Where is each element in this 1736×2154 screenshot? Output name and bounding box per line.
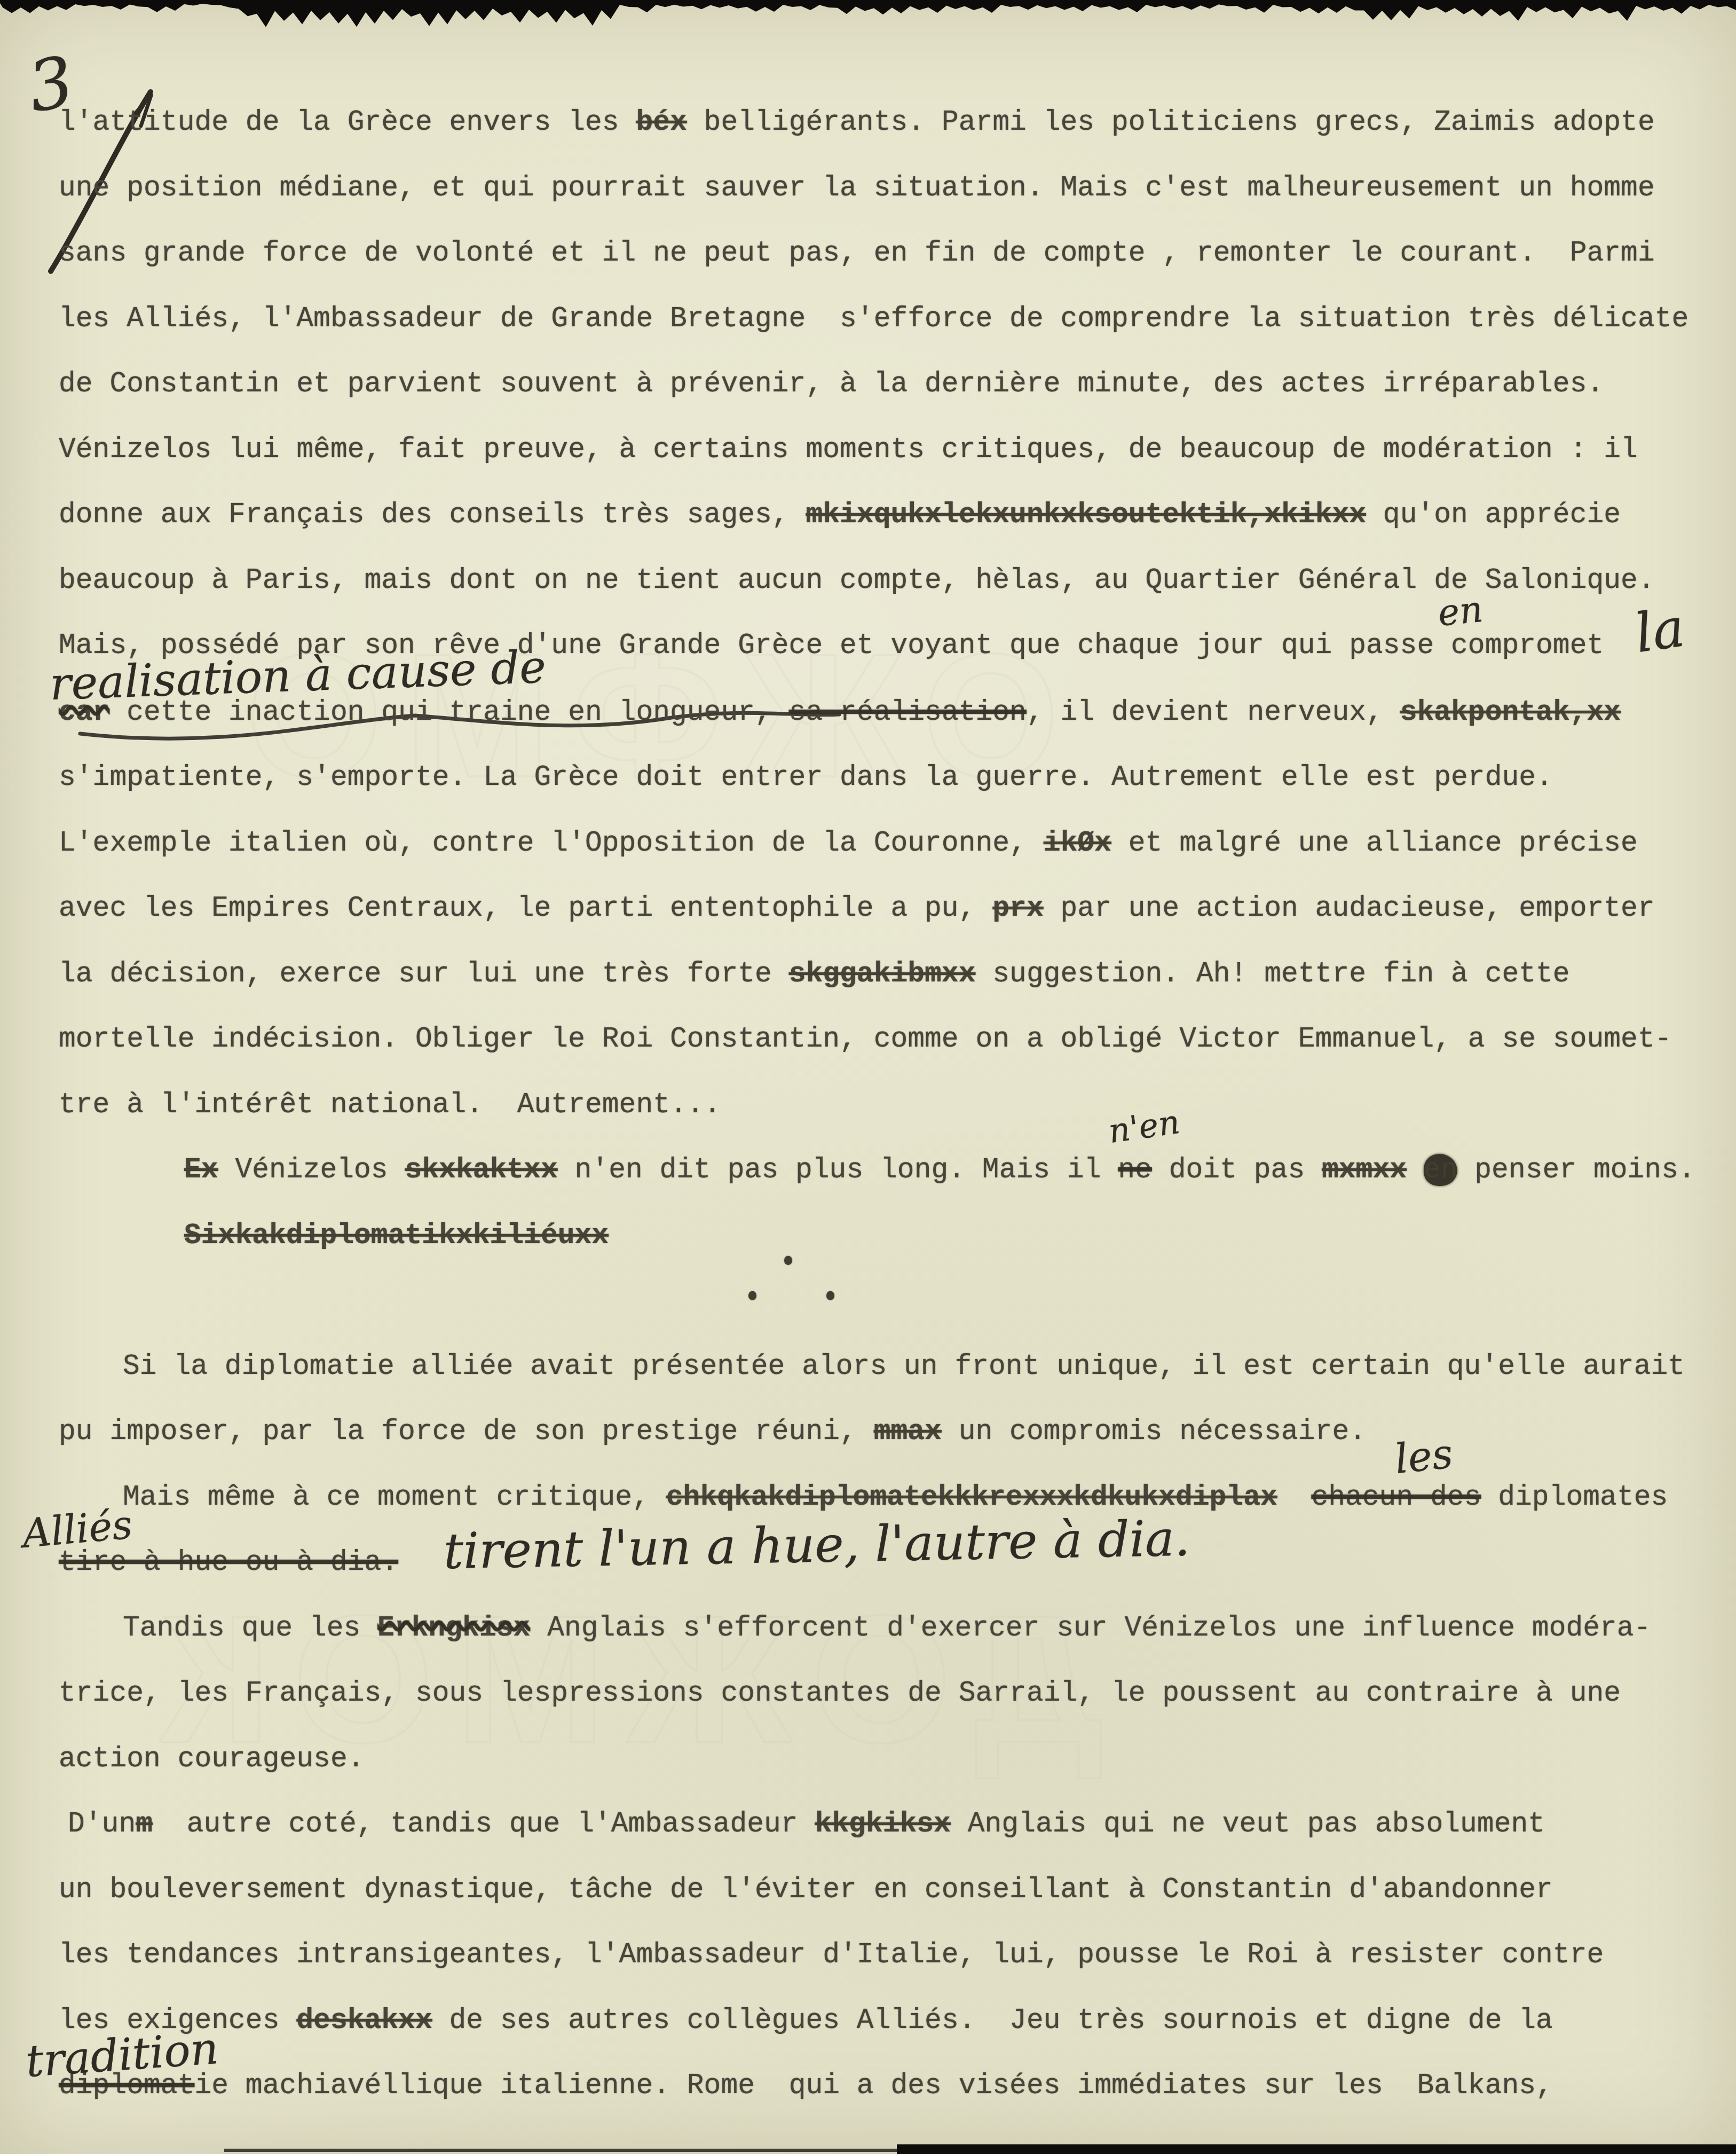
overtyped-struck-text: mmax bbox=[874, 1416, 942, 1448]
typed-line: tire à hue ou à dia. bbox=[59, 1546, 398, 1579]
overtyped-struck-text: m bbox=[136, 1808, 153, 1840]
typed-line: Sixkakdiplomatikxkiliéuxx bbox=[184, 1220, 609, 1252]
typed-text: beaucoup à Paris, mais dont on ne tient … bbox=[59, 564, 1655, 596]
typed-line: Vénizelos lui même, fait preuve, à certa… bbox=[59, 434, 1638, 466]
typed-line: L'exemple italien où, contre l'Oppositio… bbox=[59, 827, 1638, 860]
typed-line: pu imposer, par la force de son prestige… bbox=[59, 1416, 1366, 1448]
typed-text: de ses autres collègues Alliés. Jeu très… bbox=[432, 2004, 1553, 2037]
handwritten-note: les bbox=[1393, 1429, 1455, 1483]
typed-line: diplomatie machiavéllique italienne. Rom… bbox=[59, 2070, 1553, 2102]
handwritten-note: 3 bbox=[22, 41, 80, 128]
overtyped-struck-text: ikØx bbox=[1044, 827, 1111, 859]
overtyped-struck-text: skxkaktxx bbox=[405, 1154, 557, 1186]
typed-text: pu imposer, par la force de son prestige… bbox=[59, 1416, 874, 1448]
typed-text: penser moins. bbox=[1457, 1154, 1695, 1186]
overtyped-struck-text: Sixkakdiplomatikxkiliéuxx bbox=[184, 1220, 609, 1252]
typed-text: tre à l'intérêt national. Autrement... bbox=[59, 1089, 721, 1121]
overtyped-struck-text: kkgkiksx bbox=[815, 1808, 950, 1840]
typed-text: et malgré une alliance précise bbox=[1111, 827, 1638, 859]
typed-text: les tendances intransigeantes, l'Ambassa… bbox=[59, 1939, 1604, 1971]
typed-text bbox=[1277, 1481, 1312, 1513]
typed-line: action courageuse. bbox=[59, 1743, 365, 1775]
typed-text: de Constantin et parvient souvent à prév… bbox=[59, 368, 1604, 400]
typed-text: donne aux Français des conseils très sag… bbox=[59, 499, 806, 531]
typed-text: par une action audacieuse, emporter bbox=[1044, 892, 1655, 924]
scan-edge-strip bbox=[897, 2144, 1736, 2154]
typed-text: Anglais qui ne veut pas absolument bbox=[951, 1808, 1545, 1840]
typed-line: Tandis que les Erkngkisx Anglais s'effor… bbox=[123, 1612, 1651, 1645]
typed-text: action courageuse. bbox=[59, 1743, 365, 1775]
overtyped-struck-text: Ex bbox=[184, 1154, 218, 1186]
typed-text: trice, les Français, sous lespressions c… bbox=[59, 1677, 1621, 1709]
typed-text: un compromis nécessaire. bbox=[942, 1416, 1366, 1448]
typed-text: Vénizelos lui même, fait preuve, à certa… bbox=[59, 434, 1638, 466]
typed-text: n'en dit pas plus long. Mais il bbox=[558, 1154, 1118, 1186]
overtyped-struck-text: skggakibmxx bbox=[789, 958, 976, 990]
pen-struck-text: ne bbox=[1118, 1154, 1152, 1186]
typed-text: mortelle indécision. Obliger le Roi Cons… bbox=[59, 1023, 1672, 1055]
typed-line: les tendances intransigeantes, l'Ambassa… bbox=[59, 1939, 1604, 1971]
handwritten-note: Alliés bbox=[21, 1501, 135, 1557]
overtyped-struck-text: mkixqukxlekxunkxksoutektik,xkikxx bbox=[806, 499, 1366, 531]
typed-line: Ex Vénizelos skxkaktxx n'en dit pas plus… bbox=[184, 1154, 1695, 1186]
handwritten-note: n'en bbox=[1106, 1102, 1182, 1151]
typed-text: un bouleversement dynastique, tâche de l… bbox=[59, 1874, 1553, 1906]
typed-text: D'un bbox=[68, 1808, 136, 1840]
overtyped-struck-text: prx bbox=[992, 892, 1043, 924]
typed-line: Si la diplomatie alliée avait présentée … bbox=[123, 1350, 1685, 1383]
typed-line: beaucoup à Paris, mais dont on ne tient … bbox=[59, 564, 1655, 597]
typed-text: s'impatiente, s'emporte. La Grèce doit e… bbox=[59, 761, 1553, 793]
typed-text: diplomates bbox=[1481, 1481, 1668, 1513]
overtyped-struck-text: mxmxx bbox=[1322, 1154, 1407, 1186]
overtyped-struck-text: deskakxx bbox=[296, 2004, 432, 2037]
overtyped-struck-text: skakpontak,xx bbox=[1400, 696, 1621, 728]
typed-text: avec les Empires Centraux, le parti ente… bbox=[59, 892, 992, 924]
scanned-page: ОЖФМО ДОЖМОК l'attitude de la Grèce enve… bbox=[0, 0, 1736, 2154]
typed-text: autre coté, tandis que l'Ambassadeur bbox=[153, 1808, 815, 1840]
typed-line: l'attitude de la Grèce envers les béx be… bbox=[59, 106, 1655, 139]
overtyped-struck-text: béx bbox=[636, 106, 686, 138]
typed-line: D'unm autre coté, tandis que l'Ambassade… bbox=[68, 1808, 1545, 1841]
typed-text: , il devient nerveux, bbox=[1027, 696, 1400, 728]
typed-text: doit pas bbox=[1152, 1154, 1322, 1186]
typed-line: sans grande force de volonté et il ne pe… bbox=[59, 237, 1655, 270]
pen-struck-text: chacun des bbox=[1311, 1481, 1481, 1513]
typed-line: la décision, exerce sur lui une très for… bbox=[59, 958, 1570, 990]
typed-line: de Constantin et parvient souvent à prév… bbox=[59, 368, 1604, 400]
typed-line: mortelle indécision. Obliger le Roi Cons… bbox=[59, 1023, 1672, 1056]
typed-line: avec les Empires Centraux, le parti ente… bbox=[59, 892, 1655, 925]
typed-line: donne aux Français des conseils très sag… bbox=[59, 499, 1621, 531]
typed-line: les exigences deskakxx de ses autres col… bbox=[59, 2004, 1553, 2037]
typed-text: Vénizelos bbox=[218, 1154, 405, 1186]
scribbled-out-text: Erkngkisx bbox=[377, 1612, 530, 1644]
overtyped-struck-text: chkqkakdiplomatekkkrexxxkdkukxdiplax bbox=[666, 1481, 1277, 1513]
torn-top-edge bbox=[0, 0, 1736, 37]
typed-text: Anglais s'efforcent d'exercer sur Vénize… bbox=[530, 1612, 1651, 1644]
typed-text: Tandis que les bbox=[123, 1612, 377, 1644]
handwritten-note: la bbox=[1631, 596, 1688, 665]
typed-line: trice, les Français, sous lespressions c… bbox=[59, 1677, 1621, 1710]
handwritten-note: en bbox=[1436, 588, 1485, 635]
separator-dot bbox=[784, 1256, 792, 1265]
typed-line: tre à l'intérêt national. Autrement... bbox=[59, 1089, 721, 1121]
typed-text: qu'on apprécie bbox=[1366, 499, 1621, 531]
separator-dot bbox=[826, 1291, 834, 1300]
typed-text: la décision, exerce sur lui une très for… bbox=[59, 958, 789, 990]
typed-text: une position médiane, et qui pourrait sa… bbox=[59, 172, 1655, 204]
pen-struck-text: tire à hue ou à dia. bbox=[59, 1546, 398, 1578]
typed-text: Mais même à ce moment critique, bbox=[123, 1481, 666, 1513]
ink-blot: en bbox=[1424, 1154, 1458, 1186]
typed-text: belligérants. Parmi les politiciens grec… bbox=[687, 106, 1655, 138]
typed-text: les Alliés, l'Ambassadeur de Grande Bret… bbox=[59, 303, 1688, 335]
typed-text: suggestion. Ah! mettre fin à cette bbox=[975, 958, 1569, 990]
pen-struck-text: sa réalisation bbox=[789, 696, 1027, 728]
handwritten-note: tirent l'un a hue, l'autre à dia. bbox=[443, 1510, 1190, 1580]
typed-line: Mais même à ce moment critique, chkqkakd… bbox=[123, 1481, 1668, 1514]
typed-text: sans grande force de volonté et il ne pe… bbox=[59, 237, 1655, 269]
typed-text bbox=[1407, 1154, 1424, 1186]
typed-line: s'impatiente, s'emporte. La Grèce doit e… bbox=[59, 761, 1553, 794]
typed-text: L'exemple italien où, contre l'Oppositio… bbox=[59, 827, 1044, 859]
typed-text: ie machiavéllique italienne. Rome qui a … bbox=[194, 2070, 1552, 2102]
typed-text: l'attitude de la Grèce envers les bbox=[59, 106, 636, 138]
typed-text: Si la diplomatie alliée avait présentée … bbox=[123, 1350, 1685, 1382]
typed-line: une position médiane, et qui pourrait sa… bbox=[59, 172, 1655, 205]
typed-line: un bouleversement dynastique, tâche de l… bbox=[59, 1874, 1553, 1906]
typed-line: les Alliés, l'Ambassadeur de Grande Bret… bbox=[59, 303, 1688, 335]
separator-dot bbox=[748, 1291, 756, 1300]
